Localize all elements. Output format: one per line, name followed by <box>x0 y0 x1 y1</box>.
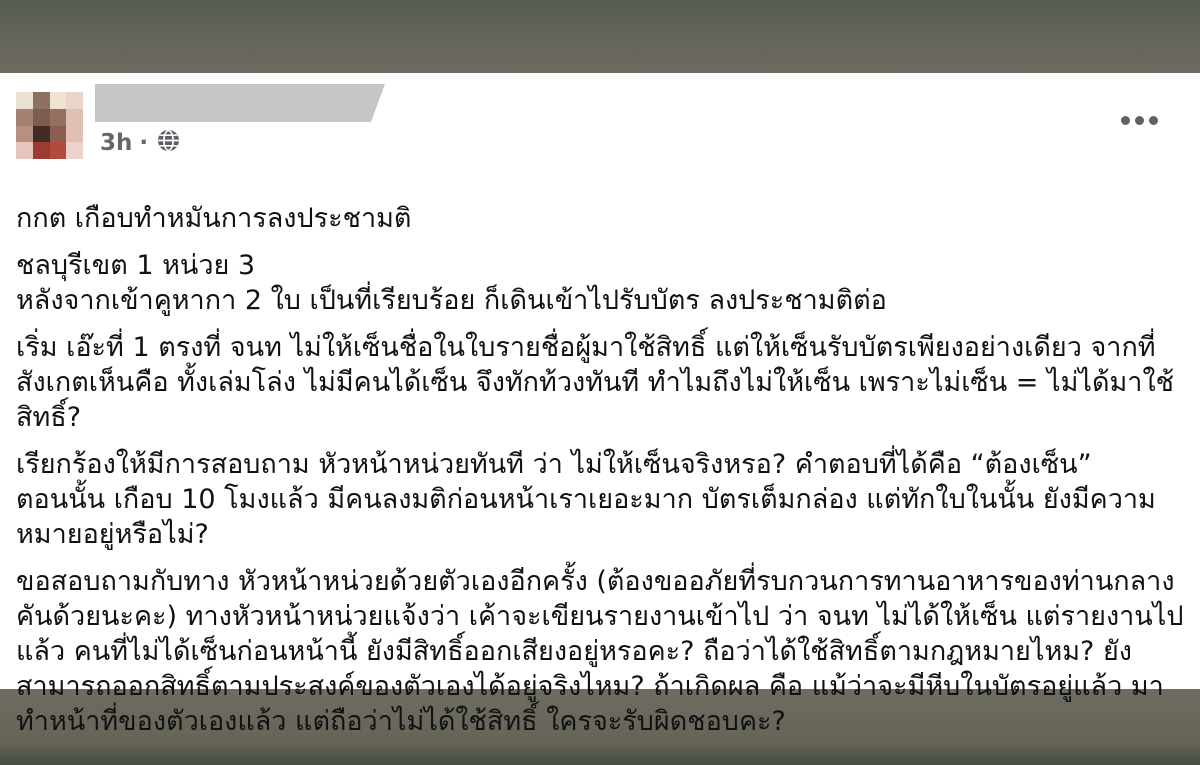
post-paragraph: ขอสอบถามกับทาง หัวหน้าหน่วยด้วยตัวเองอีก… <box>16 564 1184 739</box>
ellipsis-icon <box>1135 116 1144 125</box>
ellipsis-icon <box>1121 116 1130 125</box>
post-paragraph: ชลบุรีเขต 1 หน่วย 3 หลังจากเข้าคูหากา 2 … <box>16 248 1184 318</box>
post-header: 3h · <box>16 73 1184 178</box>
background-band-top <box>0 0 1200 73</box>
meta-separator: · <box>139 130 148 156</box>
avatar-pixel <box>50 92 67 109</box>
post-paragraph: เรียกร้องให้มีการสอบถาม หัวหน้าหน่วยทันท… <box>16 447 1184 552</box>
avatar-pixel <box>16 126 33 143</box>
avatar-pixel <box>16 109 33 126</box>
avatar-pixel <box>33 126 50 143</box>
timestamp: 3h <box>100 130 132 156</box>
avatar-pixel <box>50 109 67 126</box>
globe-icon <box>157 129 180 158</box>
avatar[interactable] <box>16 92 83 159</box>
post-paragraph: กกต เกือบทำหมันการลงประชามติ <box>16 201 1184 236</box>
post-content: กกต เกือบทำหมันการลงประชามติชลบุรีเขต 1 … <box>16 201 1184 739</box>
avatar-pixel <box>16 92 33 109</box>
avatar-pixel <box>50 126 67 143</box>
avatar-pixel <box>66 109 83 126</box>
avatar-pixel <box>16 142 33 159</box>
avatar-pixel <box>33 109 50 126</box>
ellipsis-icon <box>1149 116 1158 125</box>
post-menu-button[interactable] <box>1115 110 1164 131</box>
avatar-pixel <box>66 92 83 109</box>
post-meta[interactable]: 3h · <box>100 127 180 158</box>
avatar-pixel <box>66 126 83 143</box>
post-paragraph: เริ่ม เอ๊ะที่ 1 ตรงที่ จนท ไม่ให้เซ็นชื่… <box>16 330 1184 435</box>
author-name-redacted[interactable] <box>95 84 385 122</box>
facebook-post-card: 3h · กกต เกือบทำหมันการลงประชามติช <box>0 73 1200 689</box>
avatar-pixel <box>33 142 50 159</box>
avatar-pixel <box>66 142 83 159</box>
avatar-pixel <box>33 92 50 109</box>
avatar-pixel <box>50 142 67 159</box>
